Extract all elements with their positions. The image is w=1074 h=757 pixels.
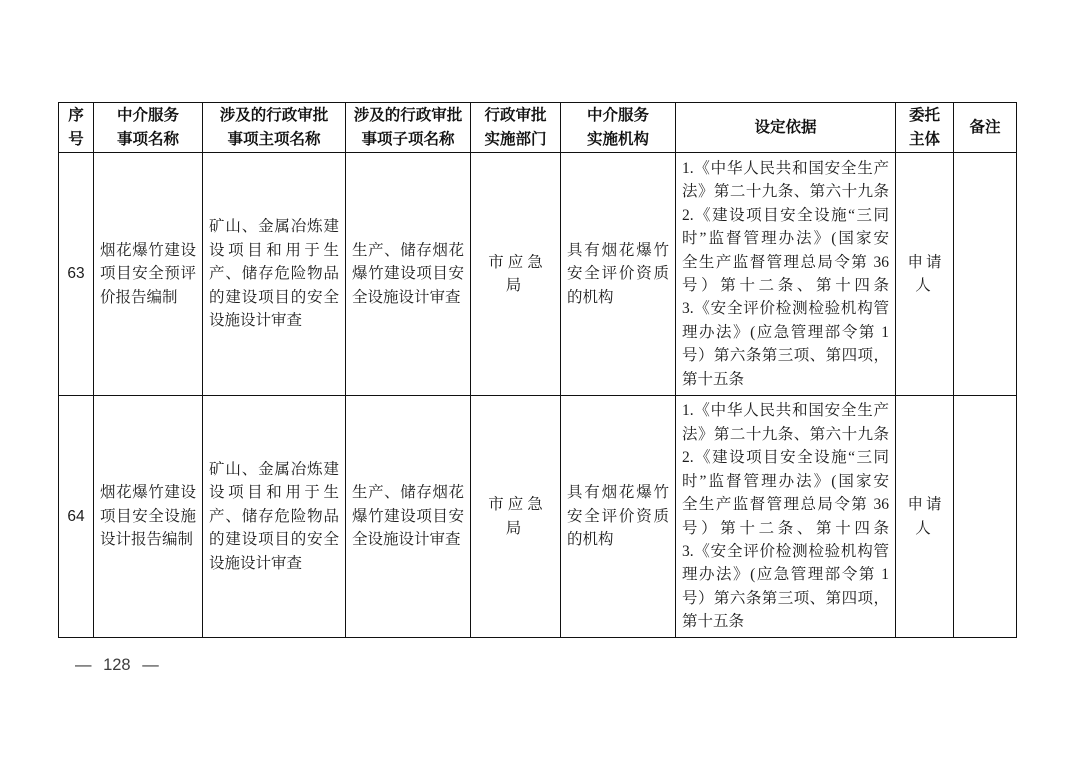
column-header-remarks: 备注 bbox=[954, 103, 1017, 153]
column-header-legal-basis: 设定依据 bbox=[676, 103, 896, 153]
cell-approval-department: 市应急局 bbox=[471, 396, 561, 638]
cell-remarks bbox=[954, 153, 1017, 396]
page-number: — 128 — bbox=[75, 656, 159, 675]
cell-service-name: 烟花爆竹建设项目安全设施设计报告编制 bbox=[94, 396, 203, 638]
cell-legal-basis: 1.《中华人民共和国安全生产法》第二十九条、第六十九条2.《建设项目安全设施“三… bbox=[676, 396, 896, 638]
cell-principal: 申请人 bbox=[896, 396, 954, 638]
cell-seq: 63 bbox=[59, 153, 94, 396]
cell-legal-basis: 1.《中华人民共和国安全生产法》第二十九条、第六十九条2.《建设项目安全设施“三… bbox=[676, 153, 896, 396]
cell-sub-item: 生产、储存烟花爆竹建设项目安全设施设计审查 bbox=[346, 396, 471, 638]
column-header-principal: 委托 主体 bbox=[896, 103, 954, 153]
cell-service-name: 烟花爆竹建设项目安全预评价报告编制 bbox=[94, 153, 203, 396]
column-header-seq: 序 号 bbox=[59, 103, 94, 153]
column-header-service-name: 中介服务 事项名称 bbox=[94, 103, 203, 153]
cell-implementing-agency: 具有烟花爆竹安全评价资质的机构 bbox=[561, 153, 676, 396]
table-row-63: 63 烟花爆竹建设项目安全预评价报告编制 矿山、金属冶炼建设项目和用于生产、储存… bbox=[59, 153, 1017, 396]
table-row-64: 64 烟花爆竹建设项目安全设施设计报告编制 矿山、金属冶炼建设项目和用于生产、储… bbox=[59, 396, 1017, 638]
cell-principal: 申请人 bbox=[896, 153, 954, 396]
cell-main-item: 矿山、金属冶炼建设项目和用于生产、储存危险物品的建设项目的安全设施设计审查 bbox=[203, 153, 346, 396]
cell-approval-department: 市应急局 bbox=[471, 153, 561, 396]
intermediary-services-table: 序 号 中介服务 事项名称 涉及的行政审批 事项主项名称 涉及的行政审批 事项子… bbox=[58, 102, 1017, 638]
document-page: 序 号 中介服务 事项名称 涉及的行政审批 事项主项名称 涉及的行政审批 事项子… bbox=[0, 0, 1074, 757]
cell-implementing-agency: 具有烟花爆竹安全评价资质的机构 bbox=[561, 396, 676, 638]
column-header-implementing-agency: 中介服务 实施机构 bbox=[561, 103, 676, 153]
cell-remarks bbox=[954, 396, 1017, 638]
table-header-row: 序 号 中介服务 事项名称 涉及的行政审批 事项主项名称 涉及的行政审批 事项子… bbox=[59, 103, 1017, 153]
column-header-main-item: 涉及的行政审批 事项主项名称 bbox=[203, 103, 346, 153]
column-header-approval-department: 行政审批 实施部门 bbox=[471, 103, 561, 153]
cell-sub-item: 生产、储存烟花爆竹建设项目安全设施设计审查 bbox=[346, 153, 471, 396]
column-header-sub-item: 涉及的行政审批 事项子项名称 bbox=[346, 103, 471, 153]
cell-main-item: 矿山、金属冶炼建设项目和用于生产、储存危险物品的建设项目的安全设施设计审查 bbox=[203, 396, 346, 638]
cell-seq: 64 bbox=[59, 396, 94, 638]
